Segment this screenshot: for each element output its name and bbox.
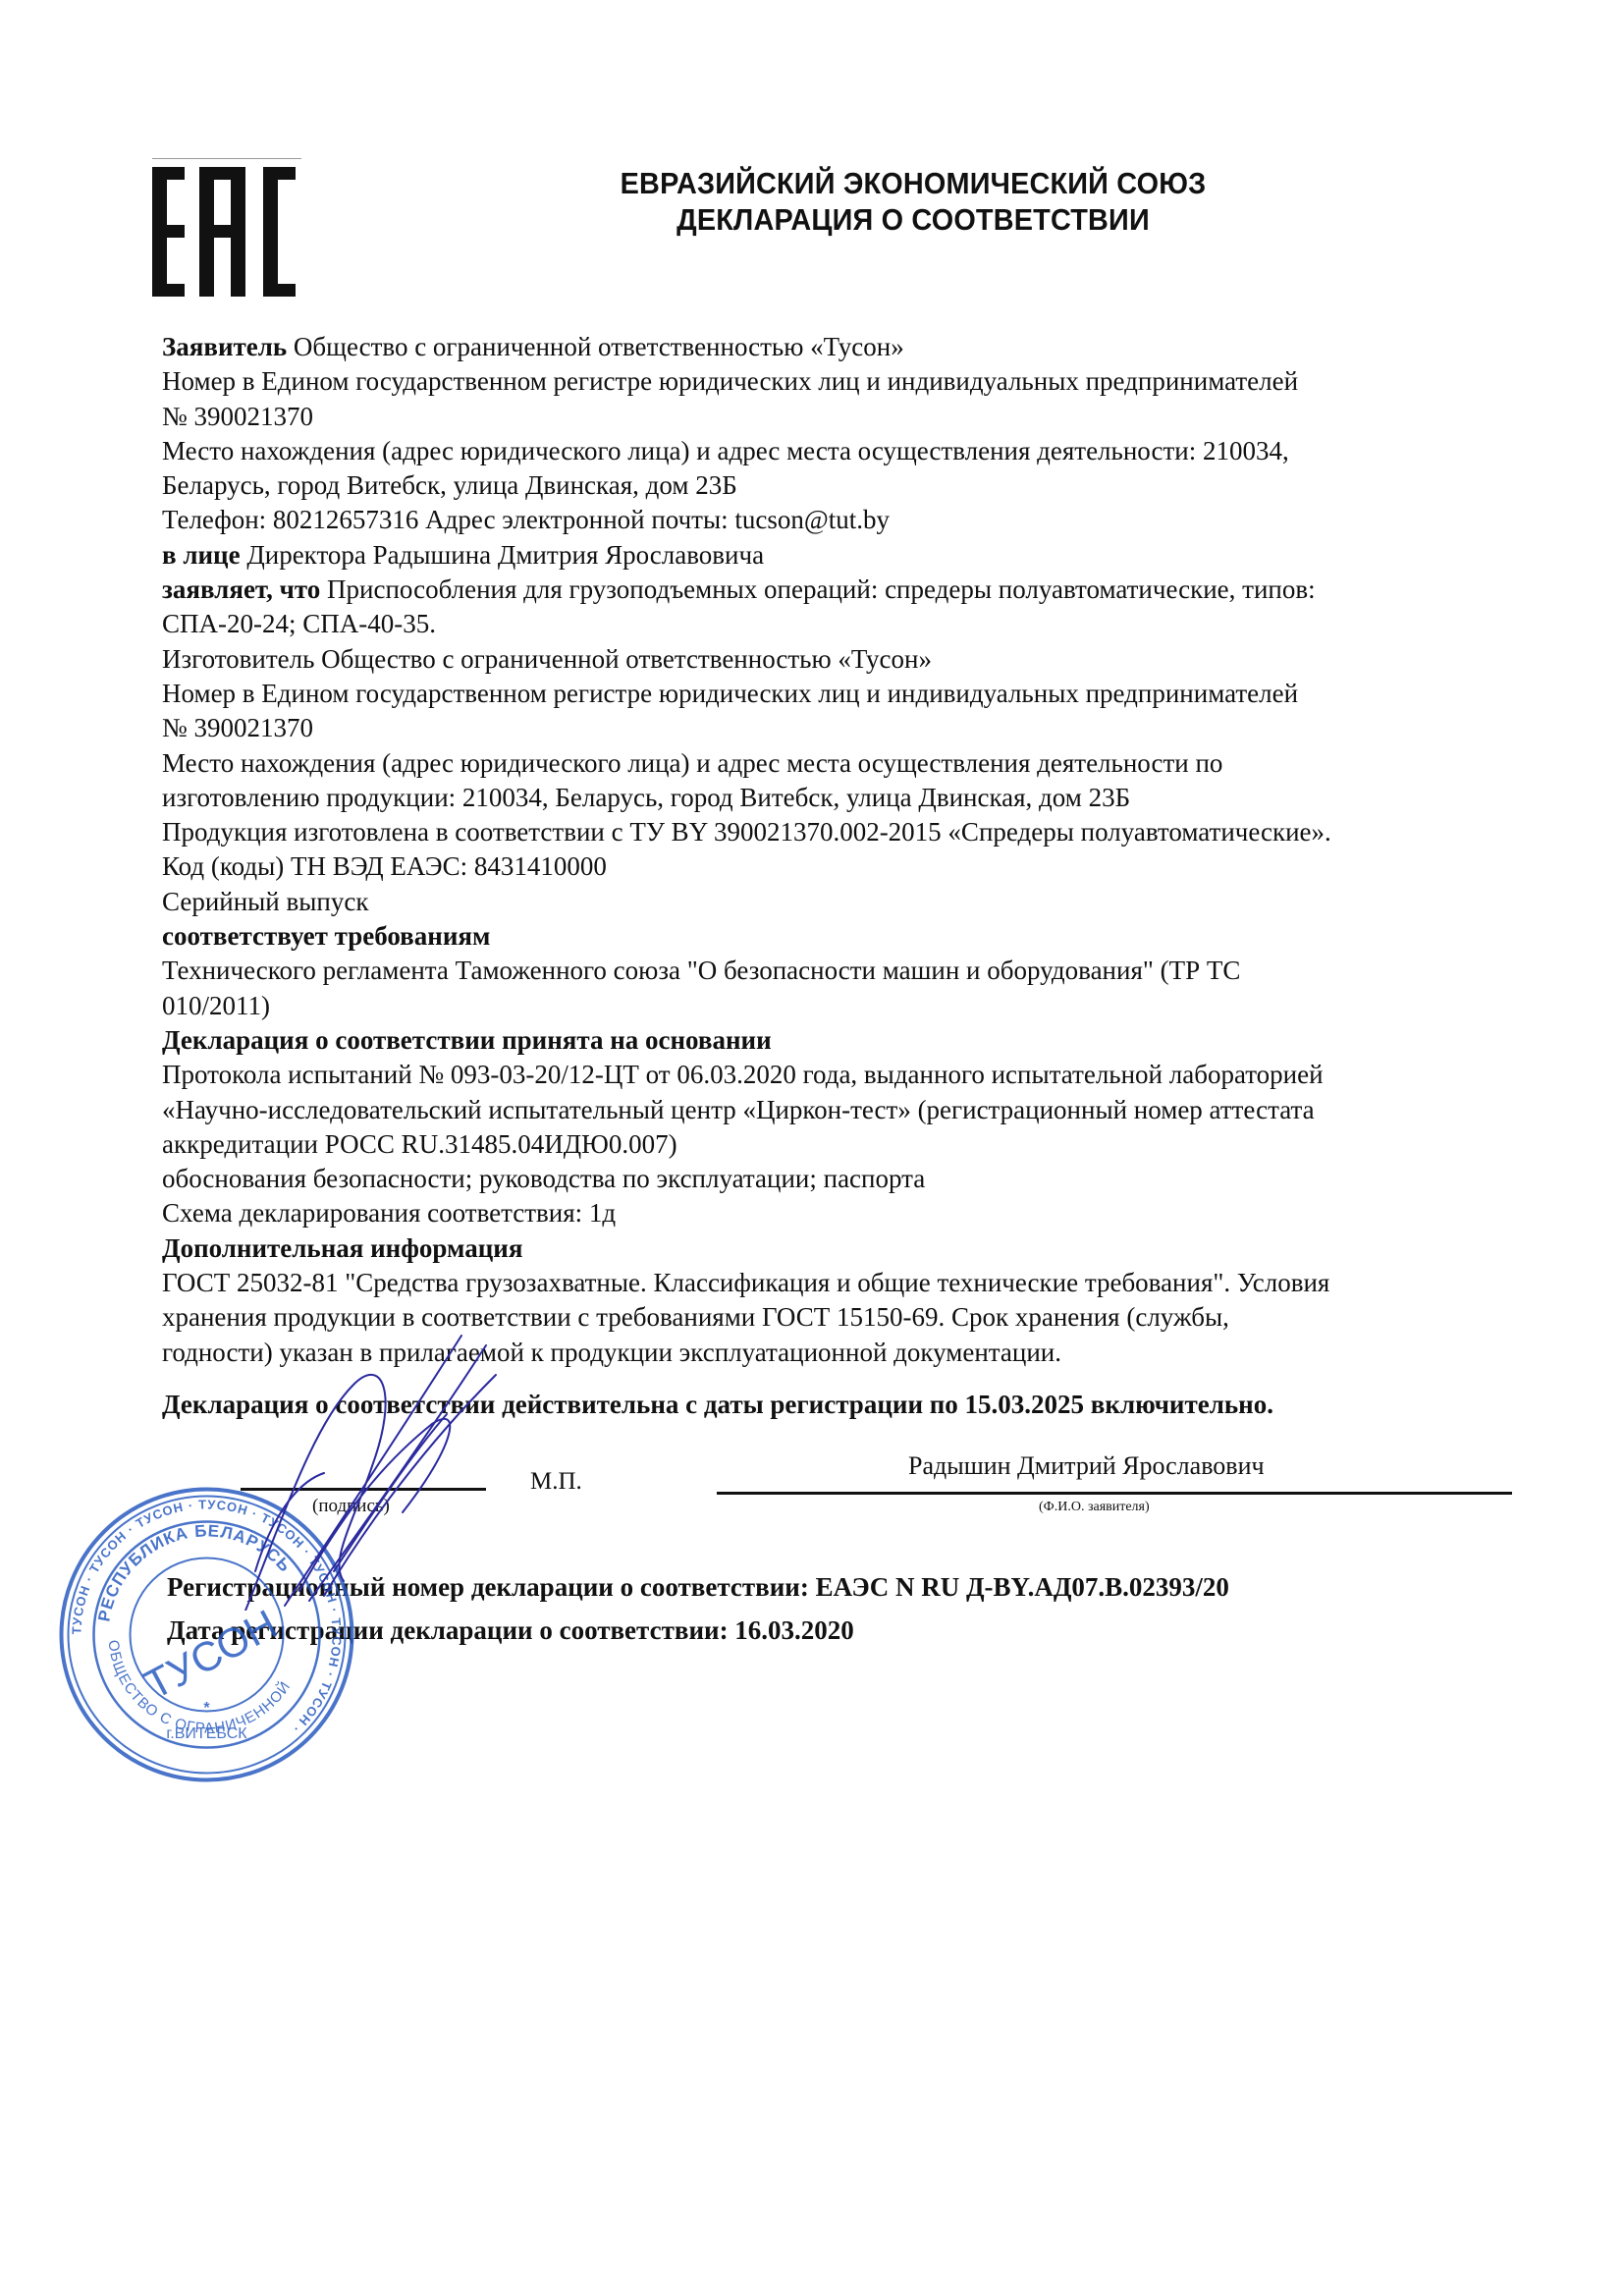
additional-line-1: ГОСТ 25032-81 "Средства грузозахватные. …	[162, 1266, 1517, 1300]
additional-line-3: годности) указан в прилагаемой к продукц…	[162, 1336, 1517, 1370]
validity-statement: Декларация о соответствии действительна …	[162, 1388, 1517, 1422]
applicant-register-line: Номер в Едином государственном регистре …	[162, 364, 1517, 399]
applicant-register-number: № 390021370	[162, 400, 1517, 434]
title-line-2: ДЕКЛАРАЦИЯ О СООТВЕТСТВИИ	[557, 201, 1269, 238]
basis-line-4: обоснования безопасности; руководства по…	[162, 1162, 1517, 1196]
product-spec: Продукция изготовлена в соответствии с Т…	[162, 815, 1517, 849]
applicant-address-1: Место нахождения (адрес юридического лиц…	[162, 434, 1517, 468]
tn-ved-code: Код (коды) ТН ВЭД ЕАЭС: 8431410000	[162, 849, 1517, 884]
product-line-1: Приспособления для грузоподъемных операц…	[320, 574, 1315, 604]
manufacturer-address-2: изготовлению продукции: 210034, Беларусь…	[162, 781, 1517, 815]
compliance-line-1: Технического регламента Таможенного союз…	[162, 954, 1517, 988]
manufacturer-address-1: Место нахождения (адрес юридического лиц…	[162, 746, 1517, 781]
seal-label: М.П.	[530, 1468, 582, 1496]
applicant-label: Заявитель	[162, 332, 287, 361]
basis-label: Декларация о соответствии принята на осн…	[162, 1023, 1517, 1058]
declares-label: заявляет, что	[162, 574, 320, 604]
company-stamp-icon: ТУСОН · ТУСОН · ТУСОН · ТУСОН · ТУСОН · …	[57, 1485, 356, 1784]
signer-name-line	[717, 1492, 1512, 1495]
basis-line-2: «Научно-исследовательский испытательный …	[162, 1093, 1517, 1127]
svg-text:*: *	[203, 1700, 210, 1717]
svg-text:г.ВИТЕБСК: г.ВИТЕБСК	[166, 1725, 247, 1742]
svg-text:ТУСОН: ТУСОН	[137, 1601, 285, 1708]
product-line-2: СПА-20-24; СПА-40-35.	[162, 607, 1517, 641]
basis-line-1: Протокола испытаний № 093-03-20/12-ЦТ от…	[162, 1058, 1517, 1092]
declaration-page: ЕВРАЗИЙСКИЙ ЭКОНОМИЧЕСКИЙ СОЮЗ ДЕКЛАРАЦИ…	[0, 0, 1623, 2296]
applicant-address-2: Беларусь, город Витебск, улица Двинская,…	[162, 468, 1517, 503]
manufacturer-line: Изготовитель Общество с ограниченной отв…	[162, 642, 1517, 677]
signer-name: Радышин Дмитрий Ярославович	[908, 1451, 1265, 1481]
compliance-line-2: 010/2011)	[162, 989, 1517, 1023]
title-line-1: ЕВРАЗИЙСКИЙ ЭКОНОМИЧЕСКИЙ СОЮЗ	[557, 165, 1269, 201]
additional-label: Дополнительная информация	[162, 1231, 1517, 1266]
declaration-scheme: Схема декларирования соответствия: 1д	[162, 1196, 1517, 1230]
applicant-person-line: в лице Директора Радышина Дмитрия Яросла…	[162, 538, 1517, 573]
additional-line-2: хранения продукции в соответствии с треб…	[162, 1300, 1517, 1335]
person-name: Директора Радышина Дмитрия Ярославовича	[241, 540, 765, 570]
signer-caption: (Ф.И.О. заявителя)	[1039, 1500, 1150, 1515]
applicant-line: Заявитель Общество с ограниченной ответс…	[162, 330, 1517, 364]
declaration-body: Заявитель Общество с ограниченной ответс…	[162, 330, 1517, 1422]
applicant-name: Общество с ограниченной ответственностью…	[287, 332, 904, 361]
release-type: Серийный выпуск	[162, 885, 1517, 919]
eac-mark-icon	[152, 157, 304, 297]
manufacturer-register-number: № 390021370	[162, 711, 1517, 745]
document-title: ЕВРАЗИЙСКИЙ ЭКОНОМИЧЕСКИЙ СОЮЗ ДЕКЛАРАЦИ…	[557, 165, 1269, 238]
declares-line: заявляет, что Приспособления для грузопо…	[162, 573, 1517, 607]
compliance-label: соответствует требованиям	[162, 919, 1517, 954]
person-label: в лице	[162, 540, 241, 570]
basis-line-3: аккредитации РОСС RU.31485.04ИДЮ0.007)	[162, 1127, 1517, 1162]
manufacturer-register-line: Номер в Едином государственном регистре …	[162, 677, 1517, 711]
applicant-contacts: Телефон: 80212657316 Адрес электронной п…	[162, 503, 1517, 537]
